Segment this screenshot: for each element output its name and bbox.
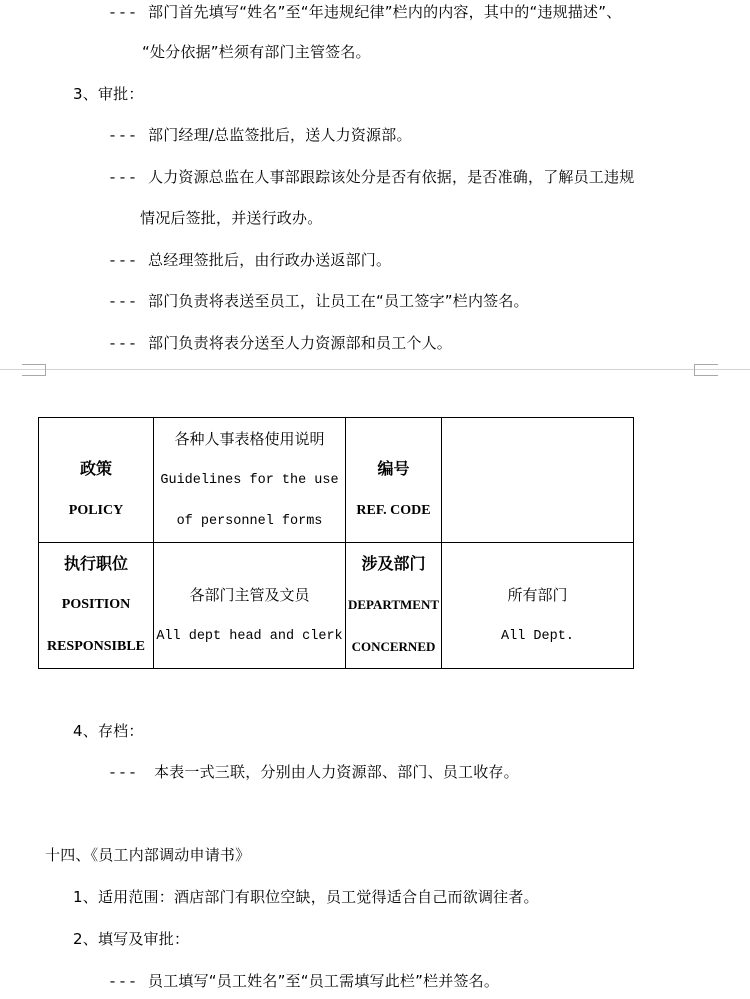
section-14-fill-heading: 2、填写及审批： — [73, 929, 189, 949]
section-14-fill-item: ---员工填写“员工姓名”至“员工需填写此栏”栏并签名。 — [108, 971, 499, 993]
position-label-cell: 执行职位 POSITION RESPONSIBLE — [39, 543, 154, 669]
dash-bullet: --- — [108, 335, 148, 355]
dash-bullet: --- — [108, 764, 154, 784]
position-value-cn: 各部门主管及文员 — [189, 585, 309, 605]
department-value-cell: 所有部门 All Dept. — [442, 543, 634, 669]
archive-heading: 4、存档： — [73, 721, 144, 741]
approval-item: ---部门负责将表送至员工，让员工在“员工签字”栏内签名。 — [108, 291, 529, 313]
dash-bullet: --- — [108, 252, 148, 272]
policy-value-en-line1: Guidelines for the use — [160, 471, 338, 491]
approval-item: ---部门负责将表分送至人力资源部和员工个人。 — [108, 333, 452, 355]
dash-bullet: --- — [108, 293, 148, 313]
section-14-fill-item-text: 员工填写“员工姓名”至“员工需填写此栏”栏并签名。 — [148, 972, 499, 990]
approval-item-continuation: 情况后签批，并送行政办。 — [140, 208, 322, 228]
policy-value-cn: 各种人事表格使用说明 — [174, 429, 324, 449]
section-14-title: 十四、《员工内部调动申请书》 — [45, 845, 250, 865]
fill-instruction-continuation: “处分依据”栏须有部门主管签名。 — [142, 42, 371, 62]
approval-item: ---部门经理/总监签批后，送人力资源部。 — [108, 125, 412, 147]
position-label-cn: 执行职位 — [64, 554, 128, 574]
position-label-en-line2: RESPONSIBLE — [47, 637, 145, 657]
page-break-line — [0, 369, 750, 370]
fill-instruction-text: 部门首先填写“姓名”至“年违规纪律”栏内的内容，其中的“违规描述”、 — [148, 3, 621, 21]
department-label-cn: 涉及部门 — [361, 554, 425, 574]
page-corner-mark-right — [694, 364, 718, 376]
ref-code-label-en: REF. CODE — [356, 501, 430, 521]
position-value-cell: 各部门主管及文员 All dept head and clerk — [154, 543, 346, 669]
approval-item-text: 部门负责将表送至员工，让员工在“员工签字”栏内签名。 — [148, 292, 529, 310]
archive-item-text: 本表一式三联，分别由人力资源部、部门、员工收存。 — [154, 763, 519, 781]
policy-header-table: 政策 POLICY 各种人事表格使用说明 Guidelines for the … — [38, 417, 634, 669]
approval-heading: 3、审批： — [73, 84, 144, 104]
ref-code-value-cell — [442, 418, 634, 543]
page-corner-mark-left — [22, 364, 46, 376]
department-label-en-line2: CONCERNED — [352, 637, 436, 657]
approval-item-text: 人力资源总监在人事部跟踪该处分是否有依据，是否准确，了解员工违规 — [148, 168, 634, 186]
approval-item-text: 总经理签批后，由行政办送返部门。 — [148, 251, 391, 269]
policy-value-en-line2: of personnel forms — [177, 512, 323, 532]
policy-label-cn: 政策 — [80, 459, 112, 479]
policy-label-en: POLICY — [69, 501, 123, 521]
dash-bullet: --- — [108, 127, 148, 147]
dash-bullet: --- — [108, 4, 148, 24]
department-label-en-line1: DEPARTMENT — [348, 595, 439, 615]
approval-item: ---人力资源总监在人事部跟踪该处分是否有依据，是否准确，了解员工违规 — [108, 167, 634, 189]
archive-item: ---本表一式三联，分别由人力资源部、部门、员工收存。 — [108, 762, 519, 784]
fill-instruction-line: ---部门首先填写“姓名”至“年违规纪律”栏内的内容，其中的“违规描述”、 — [108, 2, 621, 24]
dash-bullet: --- — [108, 973, 148, 993]
section-14-scope: 1、适用范围：酒店部门有职位空缺，员工觉得适合自己而欲调往者。 — [73, 887, 539, 907]
ref-code-label-cell: 编号 REF. CODE — [346, 418, 442, 543]
department-value-en: All Dept. — [501, 627, 574, 647]
policy-label-cell: 政策 POLICY — [39, 418, 154, 543]
department-label-cell: 涉及部门 DEPARTMENT CONCERNED — [346, 543, 442, 669]
department-value-cn: 所有部门 — [507, 585, 567, 605]
position-value-en: All dept head and clerk — [156, 627, 342, 647]
approval-item-text: 部门经理/总监签批后，送人力资源部。 — [148, 126, 412, 144]
approval-item: ---总经理签批后，由行政办送返部门。 — [108, 250, 391, 272]
approval-item-text: 部门负责将表分送至人力资源部和员工个人。 — [148, 334, 452, 352]
dash-bullet: --- — [108, 169, 148, 189]
ref-code-label-cn: 编号 — [377, 459, 409, 479]
position-label-en-line1: POSITION — [62, 595, 130, 615]
policy-value-cell: 各种人事表格使用说明 Guidelines for the use of per… — [154, 418, 346, 543]
